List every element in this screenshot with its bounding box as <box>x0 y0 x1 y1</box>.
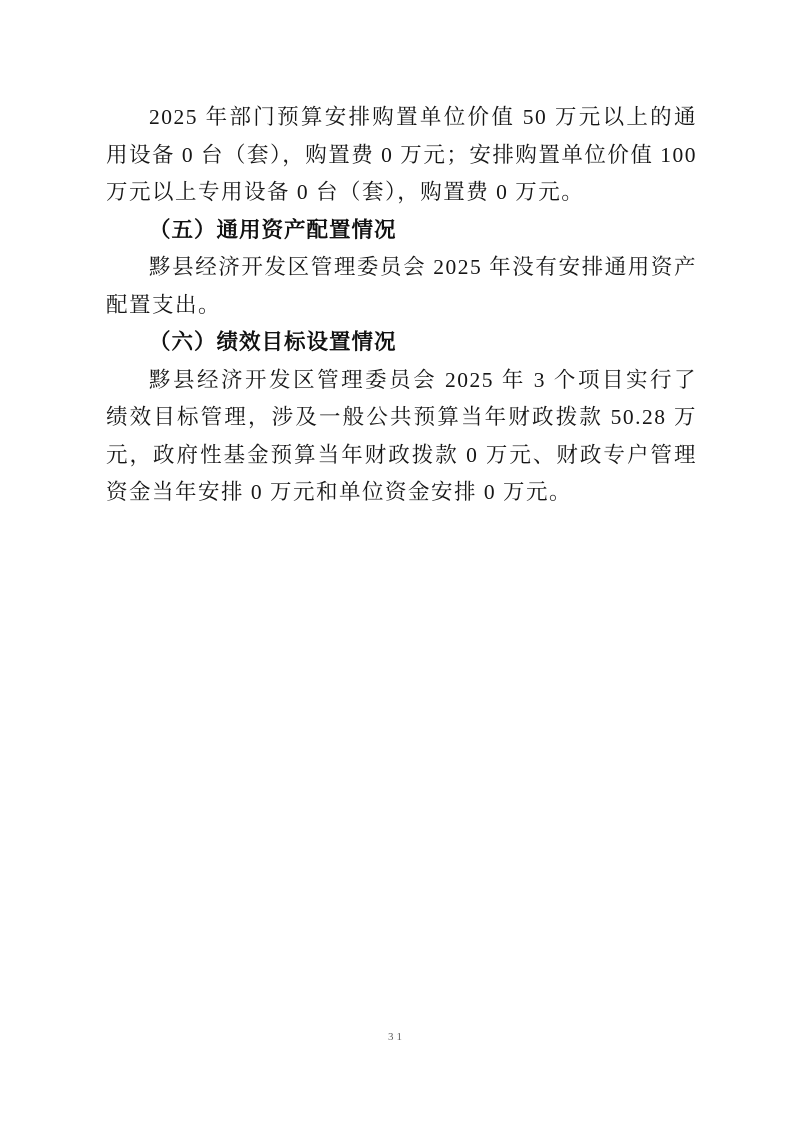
paragraph-performance-targets: 黟县经济开发区管理委员会 2025 年 3 个项目实行了绩效目标管理，涉及一般公… <box>106 362 697 512</box>
paragraph-general-asset-allocation: 黟县经济开发区管理委员会 2025 年没有安排通用资产配置支出。 <box>106 249 697 324</box>
document-page: 2025 年部门预算安排购置单位价值 50 万元以上的通用设备 0 台（套），购… <box>0 0 793 1122</box>
paragraph-equipment-purchase: 2025 年部门预算安排购置单位价值 50 万元以上的通用设备 0 台（套），购… <box>106 99 697 212</box>
document-body: 2025 年部门预算安排购置单位价值 50 万元以上的通用设备 0 台（套），购… <box>106 99 697 512</box>
heading-section-six-performance-targets: （六）绩效目标设置情况 <box>106 324 697 362</box>
page-number: 31 <box>0 1030 793 1044</box>
heading-section-five-general-asset-allocation: （五）通用资产配置情况 <box>106 212 697 250</box>
